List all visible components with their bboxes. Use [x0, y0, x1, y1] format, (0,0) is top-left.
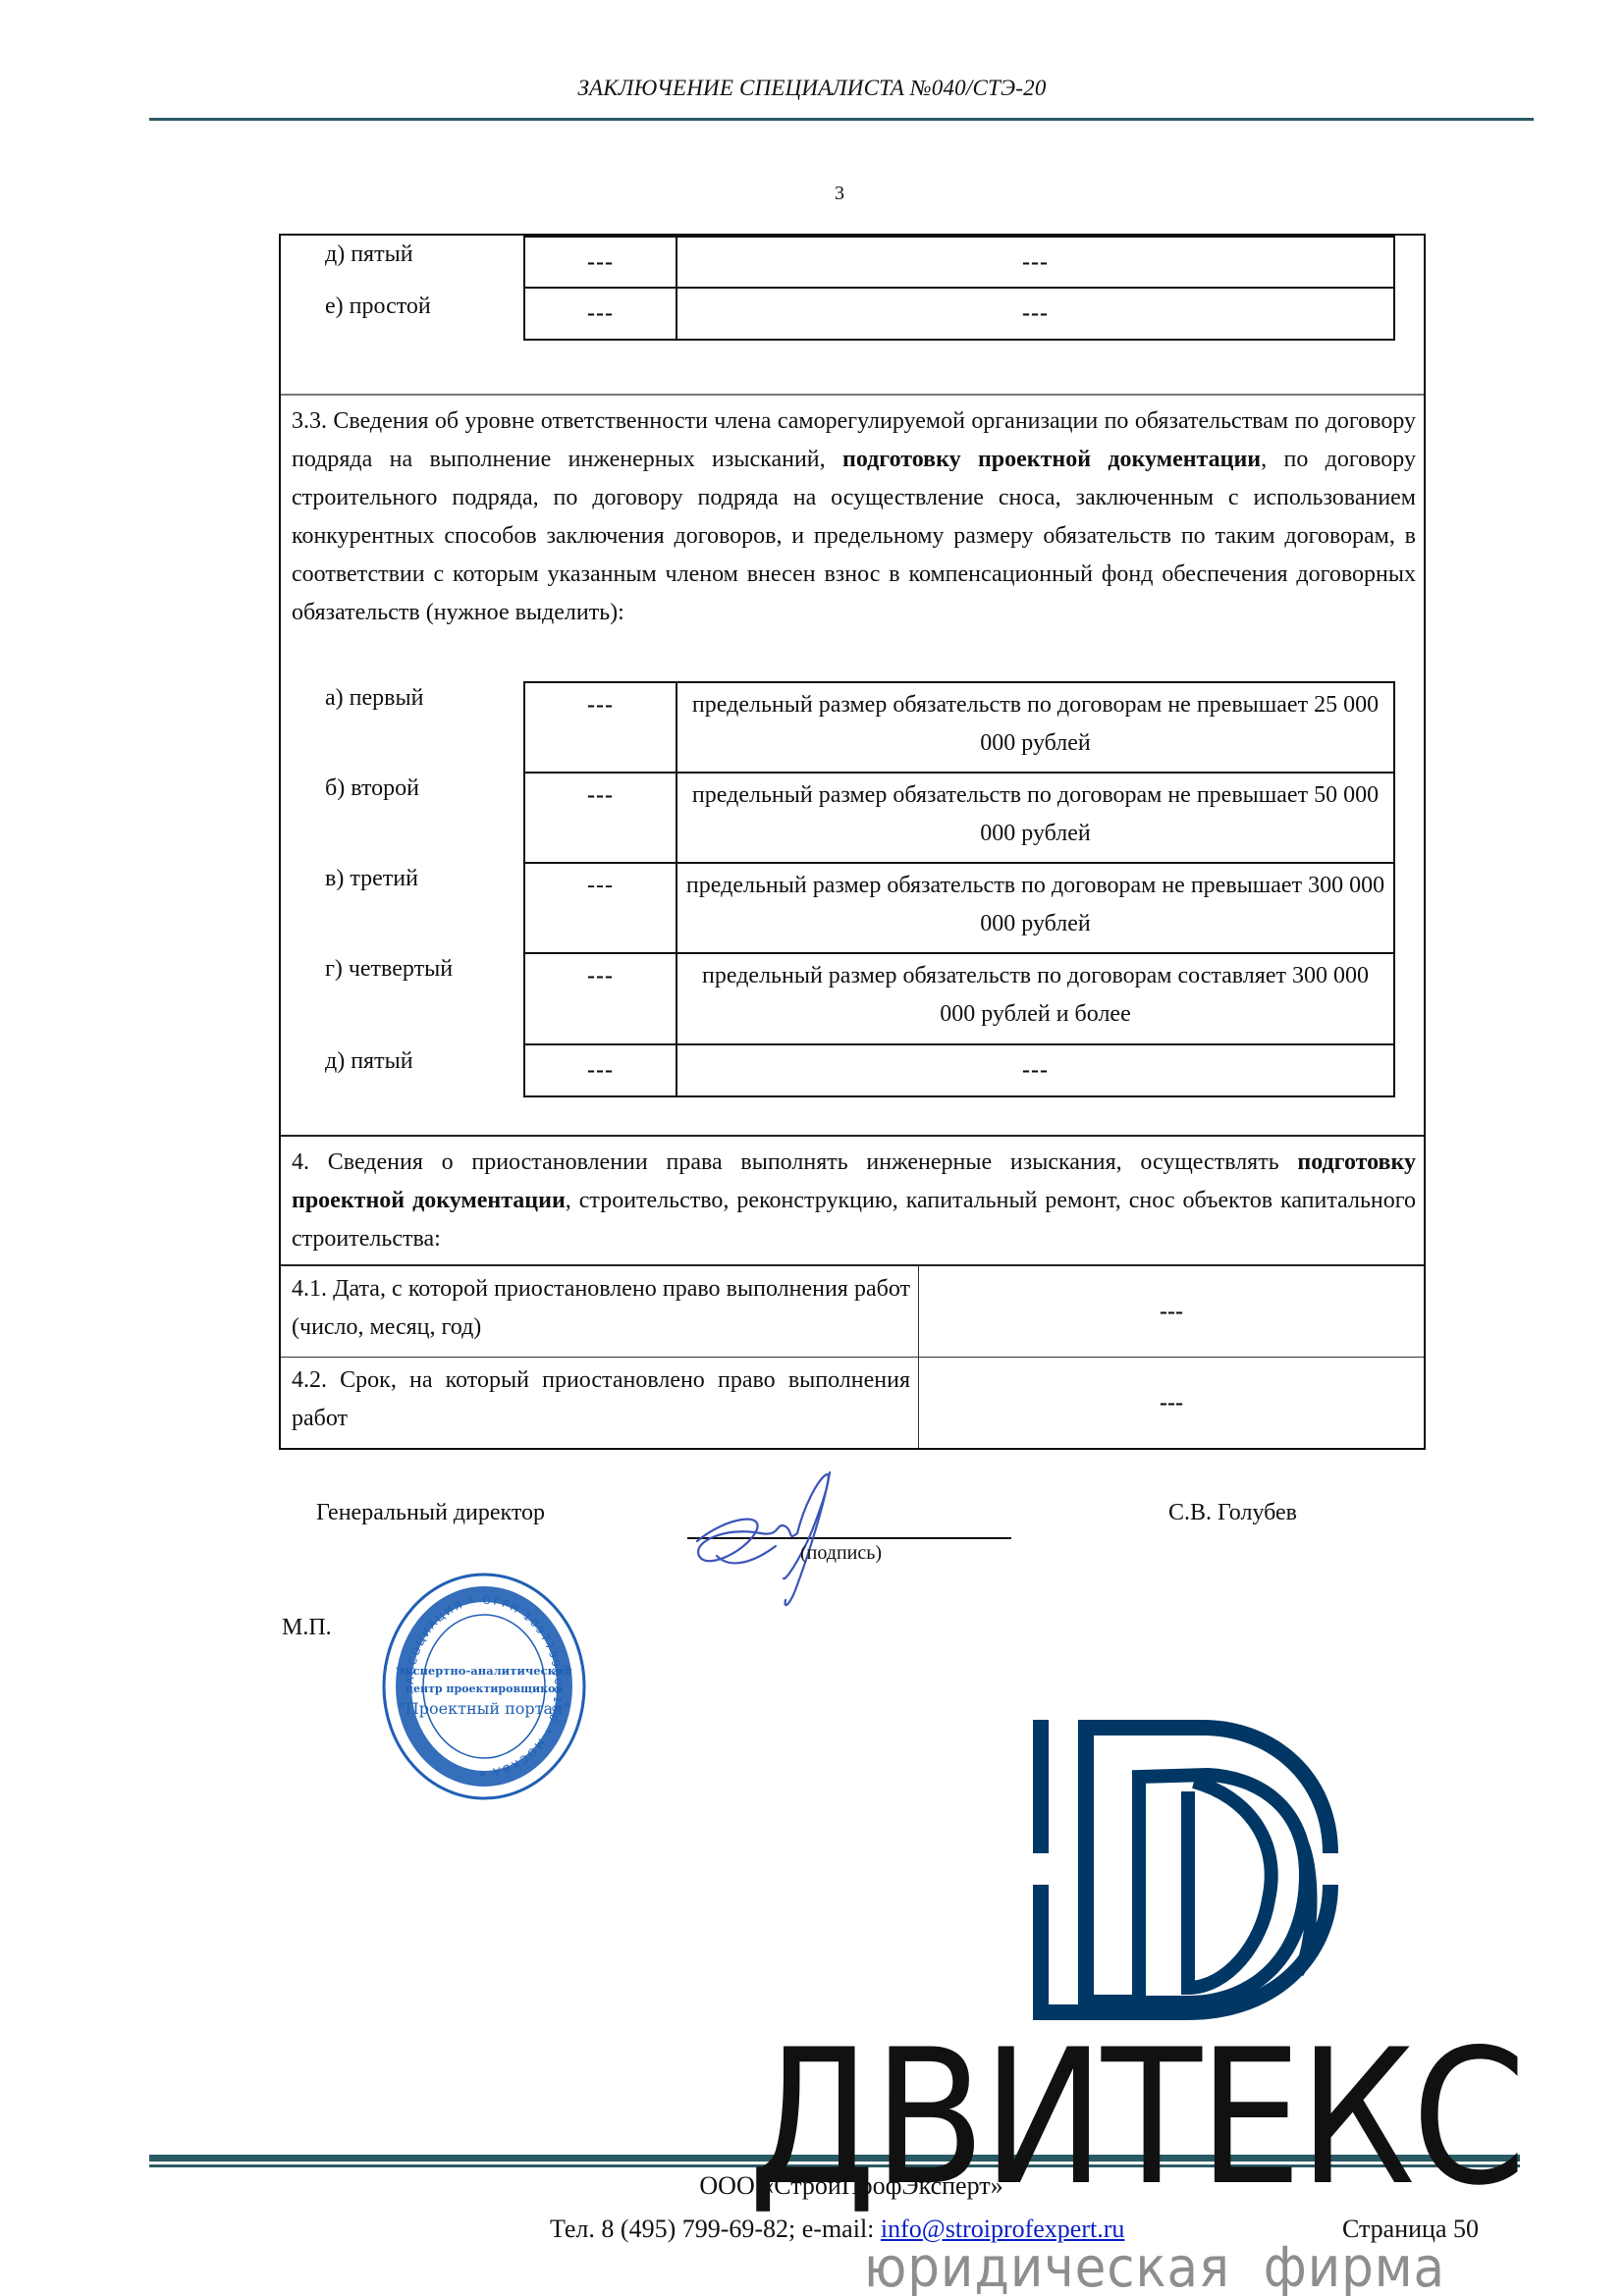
suspension-date-value: ---	[919, 1266, 1424, 1357]
table-row: --- предельный размер обязательств по до…	[524, 682, 1394, 773]
option-label: д) пятый	[325, 1048, 413, 1075]
suspension-term-value: ---	[919, 1358, 1424, 1448]
brand-watermark-subtitle: юридическая фирма	[864, 2236, 1445, 2296]
cell-description: ---	[677, 237, 1394, 288]
suspension-term-row: 4.2. Срок, на который приостановлено пра…	[281, 1357, 1424, 1450]
footer-phone: Тел. 8 (495) 799-69-82; e-mail:	[550, 2215, 881, 2243]
registry-extract-table: д) пятый е) простой --- --- --- --- 3.3.…	[279, 234, 1426, 1450]
signatory-role: Генеральный директор	[316, 1500, 545, 1526]
cell-mark: ---	[524, 682, 677, 773]
page-number: 3	[0, 183, 1624, 205]
cell-description: ---	[677, 1044, 1394, 1096]
company-stamp-icon: ИНН 7717151077 ИНН 7717151077 ИНН 771715…	[381, 1569, 587, 1804]
cell-description: предельный размер обязательств по догово…	[677, 953, 1394, 1044]
option-label: б) второй	[325, 775, 419, 802]
cell-mark: ---	[524, 953, 677, 1044]
suspension-term-label: 4.2. Срок, на который приостановлено пра…	[281, 1358, 919, 1448]
cell-mark: ---	[524, 863, 677, 953]
table-row: --- предельный размер обязательств по до…	[524, 953, 1394, 1044]
option-label: а) первый	[325, 685, 423, 712]
option-label: г) четвертый	[325, 956, 453, 983]
section-3-3: 3.3. Сведения об уровне ответственности …	[281, 396, 1424, 1137]
cell-description: предельный размер обязательств по догово…	[677, 863, 1394, 953]
table-row: --- предельный размер обязательств по до…	[524, 863, 1394, 953]
double-d-logo-icon	[1021, 1708, 1345, 2022]
table-row: --- предельный размер обязательств по до…	[524, 773, 1394, 863]
section-4-text: 4. Сведения о приостановлении права выпо…	[281, 1137, 1424, 1264]
bold-phrase: подготовку проектной документации	[842, 447, 1261, 472]
section-continuation: д) пятый е) простой --- --- --- ---	[281, 236, 1424, 396]
suspension-date-label: 4.1. Дата, с которой приостановлено прав…	[281, 1266, 919, 1357]
cell-mark: ---	[524, 288, 677, 340]
cell-mark: ---	[524, 237, 677, 288]
cell-description: предельный размер обязательств по догово…	[677, 682, 1394, 773]
svg-text:"Проектный портал": "Проектный портал"	[398, 1699, 569, 1718]
table-row: --- ---	[524, 237, 1394, 288]
cell-mark: ---	[524, 1044, 677, 1096]
signatory-name: С.В. Голубев	[1168, 1500, 1297, 1526]
cell-mark: ---	[524, 773, 677, 863]
cell-description: предельный размер обязательств по догово…	[677, 773, 1394, 863]
section-4: 4. Сведения о приостановлении права выпо…	[281, 1137, 1424, 1450]
svg-text:Экспертно-аналитический: Экспертно-аналитический	[396, 1664, 572, 1678]
signature-caption: (подпись)	[800, 1542, 882, 1565]
svg-text:центр проектировщиков: центр проектировщиков	[406, 1682, 564, 1695]
section-3-3-text: 3.3. Сведения об уровне ответственности …	[281, 396, 1424, 632]
liability-level-table: --- предельный размер обязательств по до…	[523, 681, 1395, 1097]
level-table: --- --- --- ---	[523, 236, 1395, 341]
footer-organization: ООО «СтройПрофЭксперт»	[39, 2171, 1624, 2201]
table-row: --- ---	[524, 288, 1394, 340]
header-divider	[149, 118, 1534, 121]
option-label: е) простой	[325, 294, 431, 320]
option-label: в) третий	[325, 866, 418, 892]
suspension-date-row: 4.1. Дата, с которой приостановлено прав…	[281, 1264, 1424, 1357]
option-label: д) пятый	[325, 241, 413, 268]
document-header-title: ЗАКЛЮЧЕНИЕ СПЕЦИАЛИСТА №040/СТЭ-20	[0, 76, 1624, 101]
cell-description: ---	[677, 288, 1394, 340]
seal-placeholder-label: М.П.	[282, 1615, 332, 1641]
table-row: --- ---	[524, 1044, 1394, 1096]
